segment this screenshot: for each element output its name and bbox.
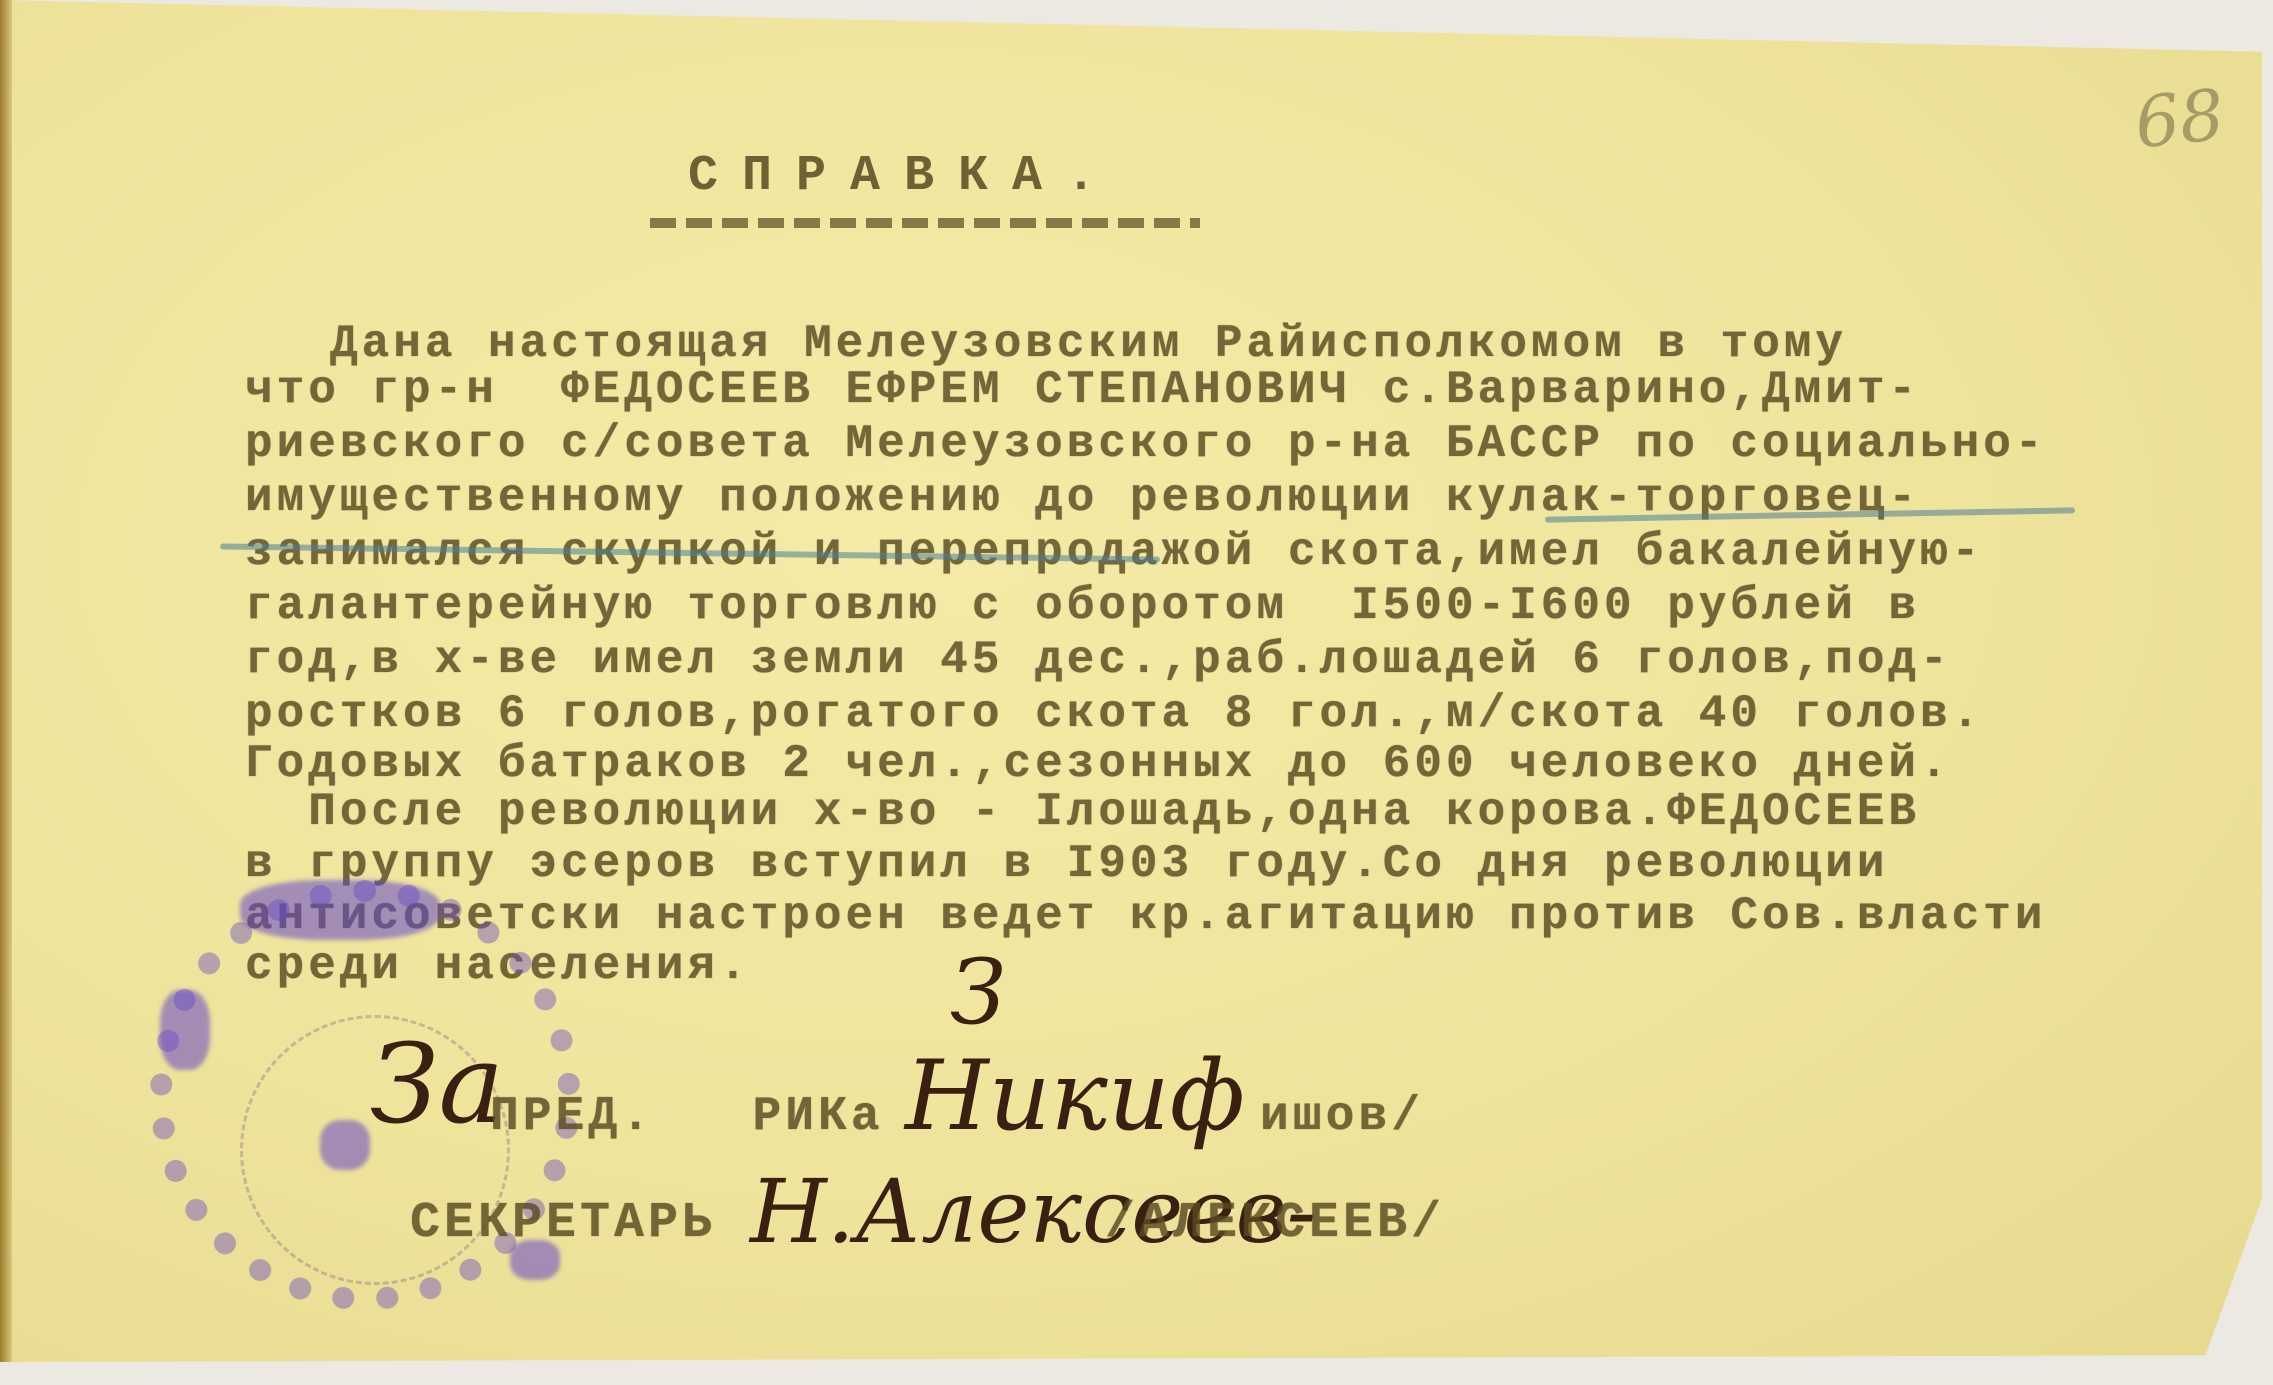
body-line-7: год,в х-ве имел земли 45 дес.,раб.лошаде…	[245, 634, 1952, 686]
body-line-6: галантерейную торговлю с оборотом I500-I…	[245, 580, 1920, 632]
handwritten-za: За	[370, 1020, 504, 1148]
body-line-8: ростков 6 голов,рогатого скота 8 гол.,м/…	[245, 688, 1983, 740]
folio-number: 68	[2131, 74, 2228, 165]
body-line-11: в группу эсеров вступил в I903 году.Со д…	[245, 838, 1888, 890]
body-line-10: После революции х-во - Iлошадь,одна коро…	[245, 786, 1920, 838]
title-underline	[650, 218, 1200, 228]
chairman-signature: Никиф	[905, 1040, 1245, 1152]
secretary-label: СЕКРЕТАРЬ	[410, 1195, 716, 1252]
handwritten-mark: З	[950, 940, 1006, 1045]
body-line-9: Годовых батраков 2 чел.,сезонных до 600 …	[245, 738, 1952, 790]
body-line-1: Дана настоящая Мелеузовским Райисполкомо…	[330, 318, 1847, 370]
chairman-label: ПРЕД. РИКа	[490, 1090, 884, 1144]
paper-shadow-edge	[0, 0, 12, 1362]
body-line-2: что гр-н ФЕДОСЕЕВ ЕФРЕМ СТЕПАНОВИЧ с.Вар…	[245, 364, 1920, 416]
stamp-ink-blot	[240, 880, 440, 940]
stamp-ink-blot	[320, 1120, 370, 1170]
stamp-ink-blot	[160, 990, 210, 1070]
secretary-typed-name: /АЛЕКСЕЕВ/	[1105, 1195, 1445, 1252]
document-title: СПРАВКА.	[688, 148, 1120, 205]
body-line-3: риевского с/совета Мелеузовского р-на БА…	[245, 418, 2046, 470]
body-line-12: антисоветски настроен ведет кр.агитацию …	[245, 890, 2046, 942]
chairman-typed-name: ишов/	[1260, 1090, 1424, 1144]
